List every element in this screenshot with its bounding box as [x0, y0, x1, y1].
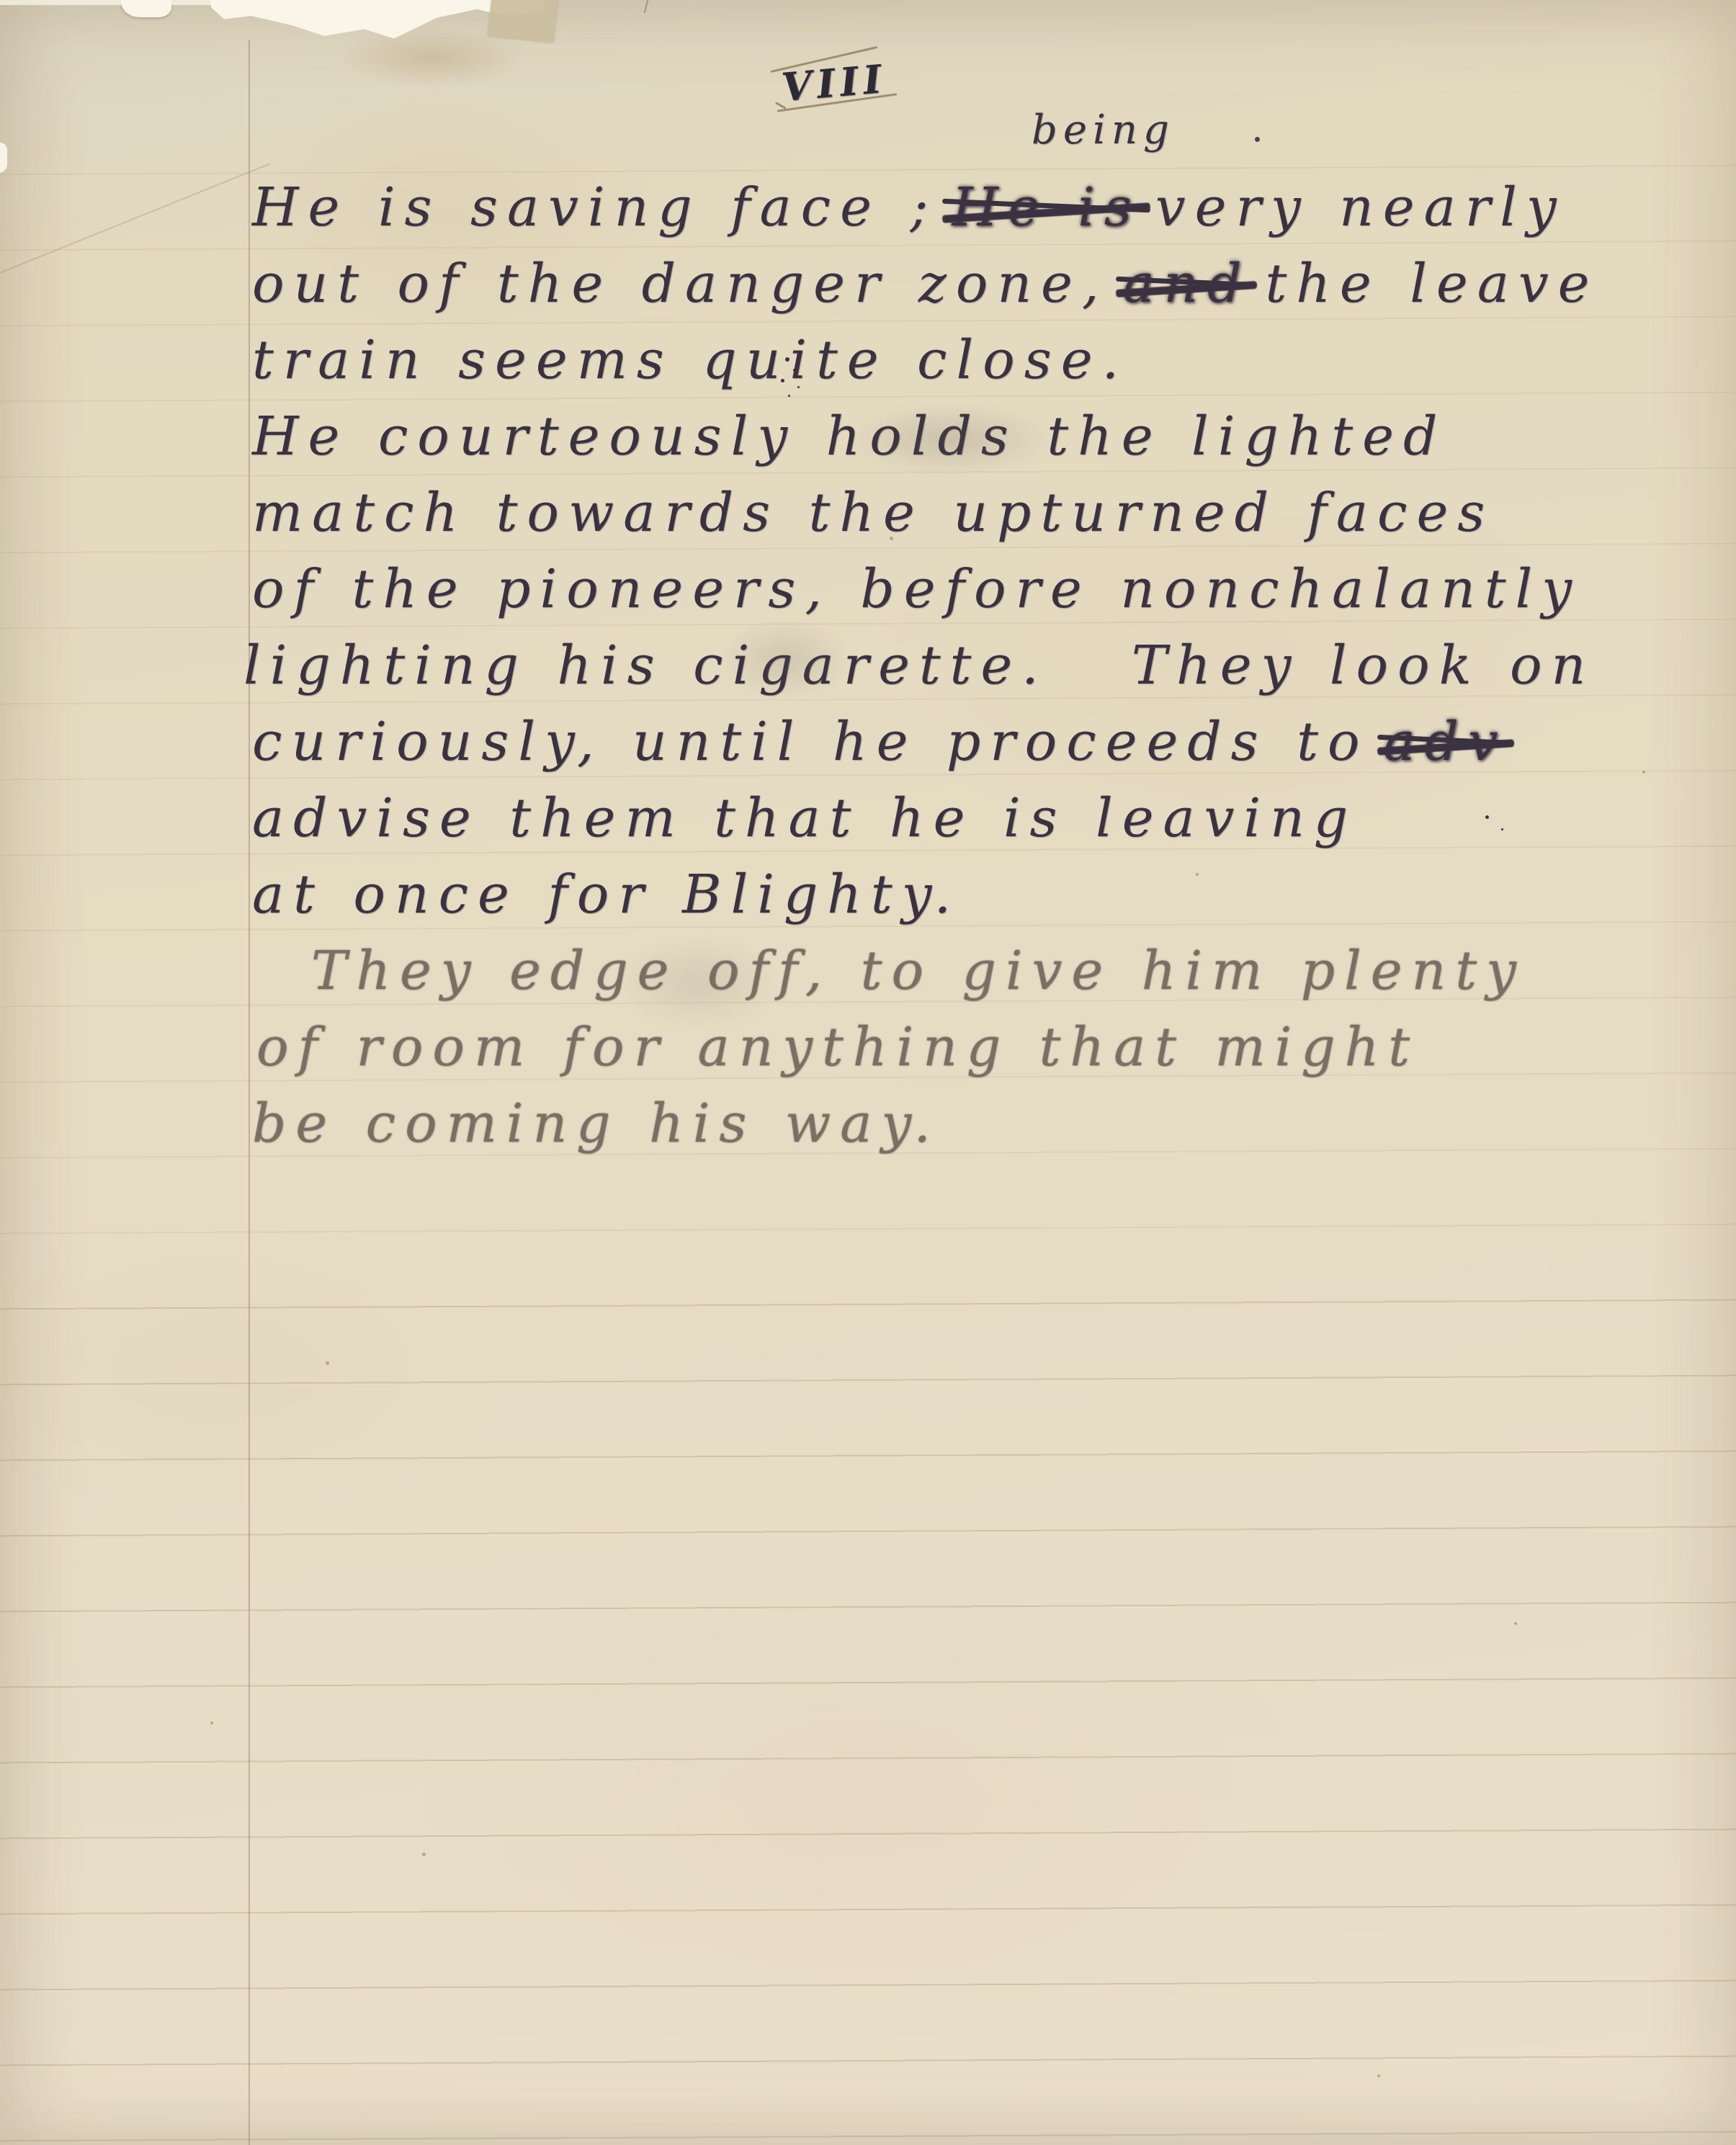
handwriting-line-11: They edge off, to give him plenty: [311, 935, 1540, 1014]
handwriting-text: very nearly: [1155, 176, 1566, 238]
foxing-speck: [1377, 2074, 1380, 2077]
foxing-speck: [422, 1853, 426, 1856]
handwriting-text: lighting his cigarette.: [243, 635, 1048, 697]
insertion-word: being: [1032, 107, 1175, 153]
struck-out-text: He is: [952, 171, 1141, 243]
foxing-speck: [1196, 873, 1199, 876]
handwriting-text: curiously, until he proceeds to: [252, 711, 1369, 773]
handwriting-line-12: of room for anything that might: [256, 1011, 1433, 1091]
handwriting-text: out of the danger zone,: [252, 253, 1108, 315]
handwriting-line-8: curiously, until he proceeds toadv: [252, 706, 1522, 785]
handwriting-text: He is saving face ;: [252, 176, 937, 238]
handwriting-text: match towards the upturned faces: [252, 482, 1494, 544]
handwriting-text: They edge off, to give him plenty: [311, 940, 1526, 1002]
struck-out-text: and: [1122, 248, 1250, 320]
ink-spatter: [1485, 815, 1489, 819]
ink-spatter: [793, 369, 796, 372]
foxing-speck: [210, 1721, 213, 1724]
handwriting-text: at once for Blighty.: [252, 864, 960, 926]
handwriting-text: of room for anything that might: [256, 1016, 1419, 1078]
handwriting-text: the leave: [1266, 253, 1599, 315]
handwriting-line-7: lighting his cigarette.They look on: [243, 630, 1609, 709]
handwriting-text: He courteously holds the lighted: [252, 406, 1446, 467]
handwriting-line-5: match towards the upturned faces: [252, 477, 1508, 556]
handwriting-text: be coming his way.: [252, 1093, 940, 1155]
foxing-speck: [1642, 771, 1645, 774]
handwriting-text: of the pioneers, before nonchalantly: [252, 558, 1581, 620]
handwritten-text: He is saving face ;He isvery nearlyout o…: [0, 0, 1736, 2145]
ink-spatter: [788, 395, 790, 397]
handwriting-line-3: train seems quite close.: [252, 324, 1142, 403]
handwriting-line-6: of the pioneers, before nonchalantly: [252, 553, 1596, 632]
foxing-speck: [890, 537, 893, 540]
handwriting-line-10: at once for Blighty.: [252, 859, 975, 938]
ink-spatter: [781, 379, 784, 382]
handwriting-line-1: He is saving face ;He isvery nearly: [252, 171, 1580, 251]
foxing-speck: [1514, 1622, 1517, 1625]
ink-spatter: [1501, 828, 1503, 830]
ink-spatter: [797, 386, 800, 388]
handwriting-line-2: out of the danger zone,andthe leave: [252, 248, 1613, 327]
ink-dot: [1255, 137, 1260, 142]
manuscript-page: VIII He is saving face ;He isvery nearly…: [0, 0, 1736, 2145]
handwriting-line-9: advise them that he is leaving: [252, 782, 1372, 861]
handwriting-text: train seems quite close.: [252, 329, 1128, 391]
handwriting-text: advise them that he is leaving: [252, 787, 1357, 849]
struck-out-text: adv: [1383, 706, 1507, 778]
foxing-speck: [326, 1361, 329, 1365]
handwriting-text: They look on: [1132, 635, 1595, 697]
handwriting-line-4: He courteously holds the lighted: [252, 400, 1461, 480]
handwriting-line-13: be coming his way.: [252, 1088, 954, 1167]
ink-spatter: [785, 357, 789, 362]
